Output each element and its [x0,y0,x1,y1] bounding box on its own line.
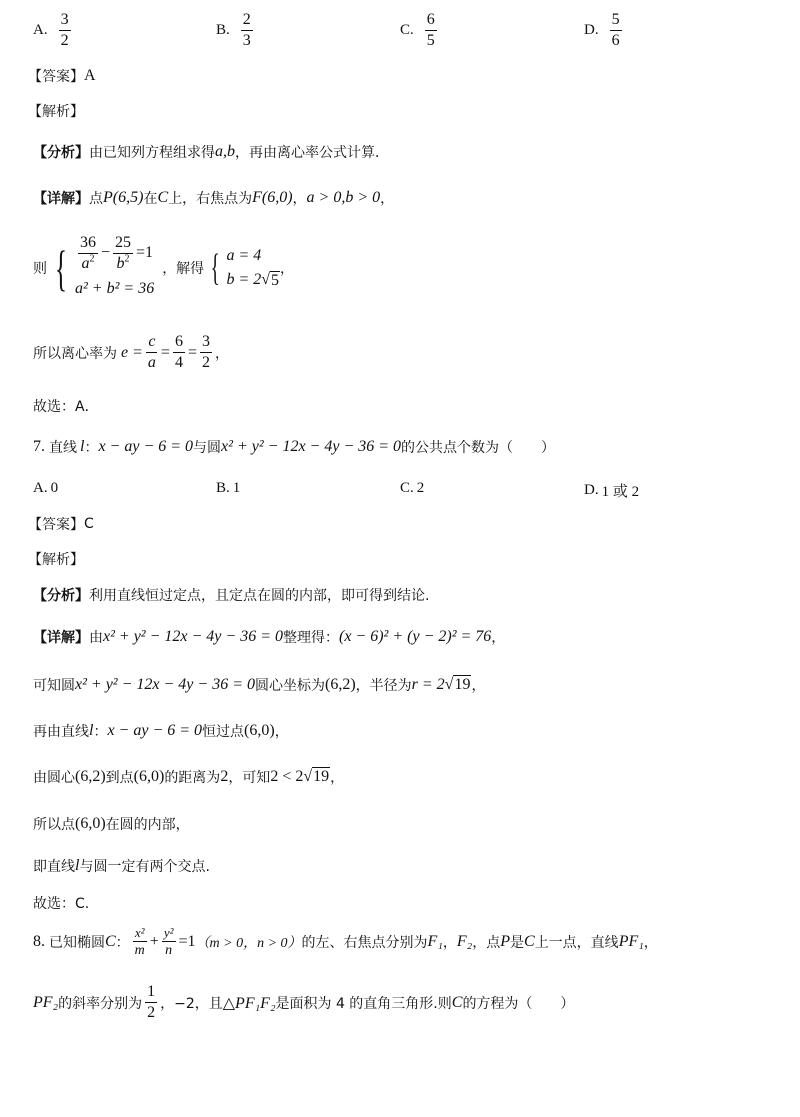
left-brace-icon: { [55,243,67,293]
q7-distance: 由圆心 (6,2) 到点 (6,0) 的距离为 2 ，可知 2 < 2√19 ， [33,767,344,787]
q7-choice-c: C.2 [400,480,424,497]
q7-analysis-heading: 【解析】 [28,549,84,569]
choice-label: A. [33,22,48,39]
q7-conclusion: 即直线 l 与圆一定有两个交点. [33,856,210,876]
q6-analysis-heading: 【解析】 [28,101,84,121]
xiangjie-tag: 【详解】 [33,188,89,208]
fraction: 32 [59,12,71,49]
q8-stem-line1: 8. 已知椭圆 C ： x²m + y²n =1 （m > 0，n > 0） 的… [33,926,658,958]
q7-choose: 故选：C. [33,893,89,913]
q6-choice-d: D. 56 [584,12,625,49]
choice-label: C. [400,22,414,39]
fenxi-tag: 【分析】 [33,585,89,605]
q7-circle-center: 可知圆 x² + y² − 12x − 4y − 36 = 0 圆心坐标为 (6… [33,675,485,695]
q6-equation-system: 则 { 36a2 − 25b2 =1 a² + b² = 36 ，解得 { a … [33,232,294,304]
answer-tag: 【答案】 [28,66,84,86]
answer-tag: 【答案】 [28,514,84,534]
q7-fixed-point: 再由直线 l ： x − ay − 6 = 0 恒过点 (6,0) ， [33,721,289,741]
fenxi-tag: 【分析】 [33,142,89,162]
q6-choice-a: A. 32 [33,12,74,49]
q6-choice-c: C. 65 [400,12,440,49]
fraction: 56 [610,12,622,49]
q7-stem: 7. 直线 l ： x − ay − 6 = 0 与圆 x² + y² − 12… [33,437,555,457]
xiangjie-tag: 【详解】 [33,627,89,647]
q6-choose: 故选：A． [33,396,99,416]
q6-choice-b: B. 23 [216,12,256,49]
q6-eccentricity: 所以离心率为 e = ca = 64 = 32 ， [33,334,229,371]
answer-value: C [84,516,94,532]
q7-choice-b: B.1 [216,480,240,497]
choice-label: D. [584,22,599,39]
q7-inside: 所以点 (6,0) 在圆的内部， [33,814,190,834]
q6-fenxi: 【分析】 由已知列方程组求得 a,b ，再由离心率公式计算． [33,142,389,162]
q7-fenxi: 【分析】 利用直线恒过定点，且定点在圆的内部，即可得到结论. [33,585,429,605]
q6-xiangjie: 【详解】 点 P(6,5) 在 C 上，右焦点为 F(6,0) ， a > 0,… [33,188,394,208]
q6-answer: 【答案】 A [28,66,96,86]
q7-choice-a: A.0 [33,480,58,497]
left-brace-icon: { [211,249,220,287]
fraction: 65 [425,12,437,49]
choice-label: B. [216,22,230,39]
fraction: 23 [241,12,253,49]
q8-stem-line2: PF₂ 的斜率分别为 12 ，−2，且 △PF₁F₂ 是面积为 4 的直角三角形… [33,984,574,1021]
q7-answer: 【答案】 C [28,514,94,534]
q7-choice-d: D.1 或 2 [584,480,639,501]
answer-value: A [84,67,96,85]
q7-xiangjie: 【详解】 由 x² + y² − 12x − 4y − 36 = 0 整理得： … [33,627,505,647]
